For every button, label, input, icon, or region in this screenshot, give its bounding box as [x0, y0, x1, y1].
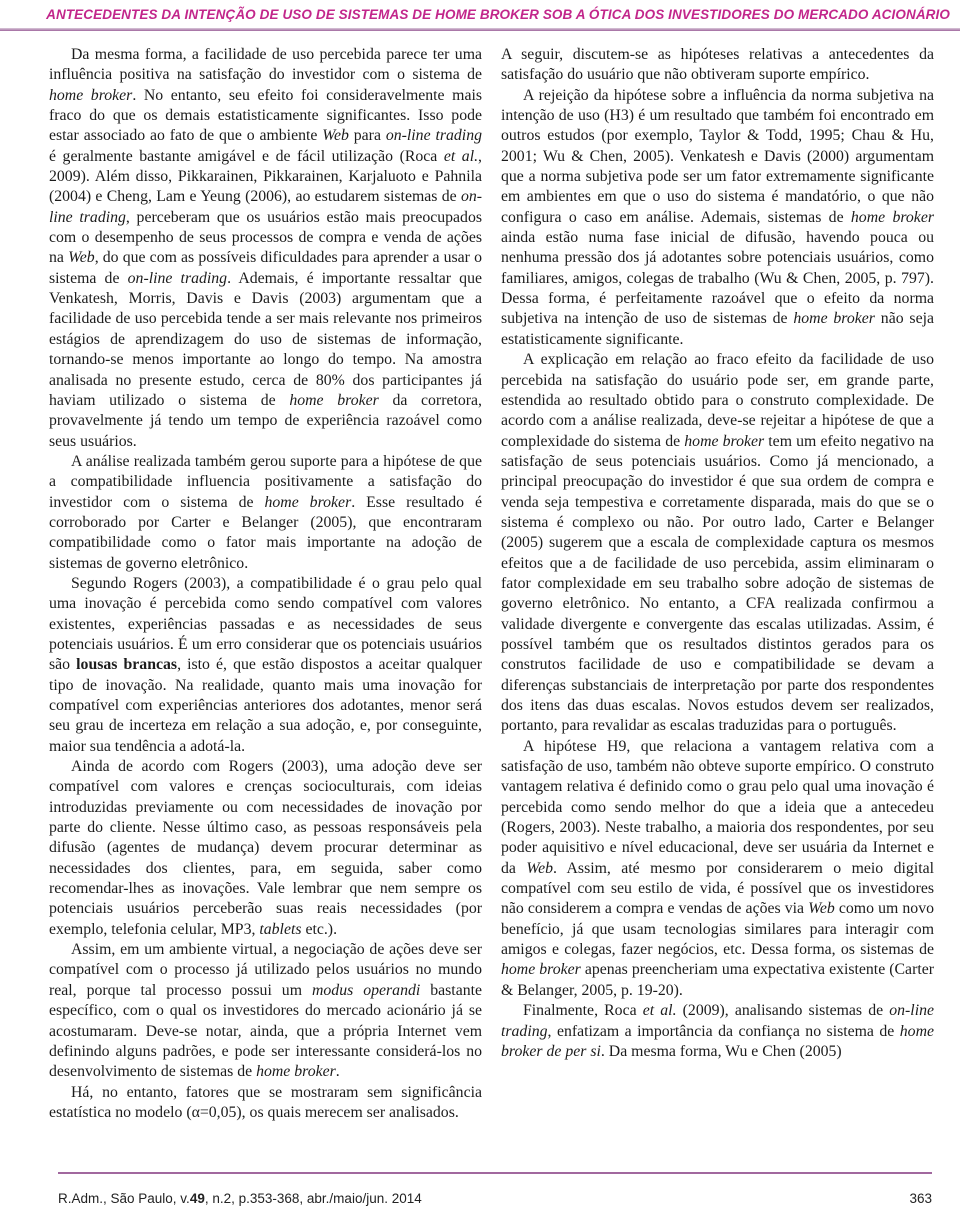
text-run: Web [526, 860, 553, 877]
text-run: et al. [444, 148, 478, 165]
header-rule [0, 28, 960, 31]
paragraph: Assim, em um ambiente virtual, a negocia… [49, 940, 482, 1082]
text-run: é geralmente bastante amigável e de fáci… [49, 148, 444, 165]
text-run: et al. [643, 1002, 677, 1019]
text-run: on-line trading [386, 127, 482, 144]
paragraph: Há, no entanto, fatores que se mostraram… [49, 1083, 482, 1124]
text-run: A hipótese H9, que relaciona a vantagem … [501, 738, 934, 877]
right-column: A seguir, discutem-se as hipóteses relat… [501, 45, 934, 1156]
text-run: tem um efeito negativo na satisfação de … [501, 433, 934, 735]
text-run: (2009), analisando sistemas de [677, 1002, 890, 1019]
text-run: Ainda de acordo com Rogers (2003), uma a… [49, 758, 482, 938]
journal-page: ANTECEDENTES DA INTENÇÃO DE USO DE SISTE… [0, 0, 960, 1216]
paragraph: A seguir, discutem-se as hipóteses relat… [501, 45, 934, 86]
paragraph: A rejeição da hipótese sobre a influênci… [501, 86, 934, 350]
text-run: A seguir, discutem-se as hipóteses relat… [501, 46, 934, 83]
paragraph: A explicação em relação ao fraco efeito … [501, 350, 934, 737]
text-run: 49 [190, 1191, 205, 1206]
text-run: Web [322, 127, 349, 144]
paragraph: Da mesma forma, a facilidade de uso perc… [49, 45, 482, 452]
text-run: tablets [259, 921, 301, 938]
text-run: lousas brancas [76, 656, 177, 673]
left-column: Da mesma forma, a facilidade de uso perc… [49, 45, 482, 1156]
text-run: Finalmente, Roca [523, 1002, 643, 1019]
text-run: para [349, 127, 386, 144]
paragraph: A análise realizada também gerou suporte… [49, 452, 482, 574]
text-run: Há, no entanto, fatores que se mostraram… [49, 1084, 482, 1121]
text-run: . [336, 1063, 340, 1080]
text-run: home broker [684, 433, 764, 450]
text-run: home broker [851, 209, 934, 226]
paragraph: Segundo Rogers (2003), a compatibilidade… [49, 574, 482, 757]
text-run: home broker [289, 392, 378, 409]
text-run: Web [808, 900, 835, 917]
text-run: Da mesma forma, a facilidade de uso perc… [49, 46, 482, 83]
paragraph: Ainda de acordo com Rogers (2003), uma a… [49, 757, 482, 940]
running-title: ANTECEDENTES DA INTENÇÃO DE USO DE SISTE… [40, 7, 950, 22]
text-run: , n.2, p.353-368, abr./maio/jun. 2014 [205, 1191, 422, 1206]
text-run: home broker [793, 310, 875, 327]
text-run: R.Adm., São Paulo, v. [58, 1191, 190, 1206]
text-run: . Ademais, é importante ressaltar que Ve… [49, 270, 482, 409]
article-body: Da mesma forma, a facilidade de uso perc… [49, 45, 934, 1156]
text-run: home broker [49, 87, 132, 104]
text-run: home broker [256, 1063, 336, 1080]
text-run: . Da mesma forma, Wu e Chen (2005) [601, 1043, 842, 1060]
text-run: etc.). [302, 921, 338, 938]
paragraph: Finalmente, Roca et al. (2009), analisan… [501, 1001, 934, 1062]
text-run: Web [68, 249, 95, 266]
text-run: on-line trading [128, 270, 227, 287]
text-run: A rejeição da hipótese sobre a influênci… [501, 87, 934, 226]
text-run: , enfatizam a importância da confiança n… [548, 1023, 900, 1040]
text-run: home broker [501, 961, 581, 978]
text-run: home broker [264, 494, 351, 511]
footer-rule [58, 1172, 932, 1174]
journal-citation: R.Adm., São Paulo, v.49, n.2, p.353-368,… [58, 1191, 422, 1206]
paragraph: A hipótese H9, que relaciona a vantagem … [501, 737, 934, 1001]
page-footer: R.Adm., São Paulo, v.49, n.2, p.353-368,… [58, 1191, 932, 1206]
text-run: modus operandi [312, 982, 420, 999]
page-number: 363 [909, 1191, 932, 1206]
